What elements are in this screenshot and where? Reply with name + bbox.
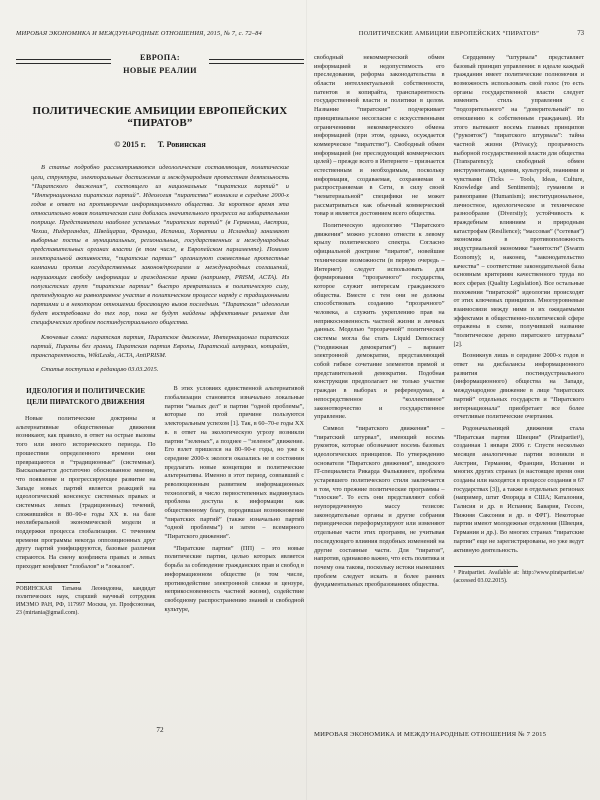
body-paragraph: Символ “пиратского движения” – “пиратски… bbox=[314, 425, 445, 590]
journal-two-page-spread: МИРОВАЯ ЭКОНОМИКА И МЕЖДУНАРОДНЫЕ ОТНОШЕ… bbox=[0, 0, 600, 800]
right-page-column-2: Сердцевину “штурвала” представляет базов… bbox=[454, 54, 585, 593]
author-affiliation-footnote: РОВИНСКАЯ Татьяна Леонидовна, кандидат п… bbox=[16, 586, 156, 618]
article-title: ПОЛИТИЧЕСКИЕ АМБИЦИИ ЕВРОПЕЙСКИХ “ПИРАТО… bbox=[16, 105, 304, 129]
rubric-rule-right bbox=[209, 59, 304, 64]
right-page-columns: свободный некоммерческий обмен информаци… bbox=[314, 54, 584, 593]
rubric-rule-left bbox=[16, 59, 111, 64]
body-paragraph: Родоначальницей движения стала “Пиратска… bbox=[454, 425, 585, 555]
author-name: Т. Ровинская bbox=[158, 140, 206, 149]
body-paragraph: “Пиратские партии” (ПП) – это новые поли… bbox=[165, 545, 305, 615]
body-paragraph: В этих условиях единственной альтернатив… bbox=[165, 385, 305, 541]
page-seam bbox=[306, 0, 307, 800]
abstract: В статье подробно рассматриваются идеоло… bbox=[31, 163, 289, 327]
body-paragraph: Политическую идеологию “Пиратского движе… bbox=[314, 222, 445, 422]
left-page-columns: ИДЕОЛОГИЯ И ПОЛИТИЧЕСКИЕ ЦЕЛИ ПИРАТСКОГО… bbox=[16, 385, 304, 618]
right-running-head: ПОЛИТИЧЕСКИЕ АМБИЦИИ ЕВРОПЕЙСКИХ “ПИРАТО… bbox=[314, 30, 584, 40]
body-paragraph: Возникнув лишь в середине 2000-х годов в… bbox=[454, 352, 585, 422]
left-page-column-1: ИДЕОЛОГИЯ И ПОЛИТИЧЕСКИЕ ЦЕЛИ ПИРАТСКОГО… bbox=[16, 385, 156, 618]
body-paragraph: свободный некоммерческий обмен информаци… bbox=[314, 54, 445, 219]
page-number-73: 73 bbox=[577, 30, 584, 37]
journal-footer: МИРОВАЯ ЭКОНОМИКА И МЕЖДУНАРОДНЫЕ ОТНОШЕ… bbox=[314, 731, 546, 738]
journal-running-head: МИРОВАЯ ЭКОНОМИКА И МЕЖДУНАРОДНЫЕ ОТНОШЕ… bbox=[16, 30, 304, 37]
body-paragraph: Новые политические доктрины и альтернати… bbox=[16, 415, 156, 571]
footnote-rule bbox=[16, 582, 80, 583]
left-page-column-2: В этих условиях единственной альтернатив… bbox=[165, 385, 305, 618]
body-paragraph: Сердцевину “штурвала” представляет базов… bbox=[454, 54, 585, 349]
keywords: Ключевые слова: пиратская партия, Пиратс… bbox=[31, 333, 289, 360]
received-date: Статья поступила в редакцию 03.03.2015. bbox=[31, 366, 289, 373]
byline: © 2015 г. Т. Ровинская bbox=[16, 140, 304, 149]
rubric-line1: ЕВРОПА: bbox=[123, 52, 197, 65]
rubric-title: ЕВРОПА: НОВЫЕ РЕАЛИИ bbox=[111, 52, 209, 77]
footnote-rule bbox=[454, 566, 518, 567]
page-72: МИРОВАЯ ЭКОНОМИКА И МЕЖДУНАРОДНЫЕ ОТНОШЕ… bbox=[16, 18, 304, 782]
section-heading: ИДЕОЛОГИЯ И ПОЛИТИЧЕСКИЕ ЦЕЛИ ПИРАТСКОГО… bbox=[22, 387, 150, 408]
reference-footnote: ¹ Piratpartiet. Available at: http://www… bbox=[454, 570, 585, 586]
rubric-line2: НОВЫЕ РЕАЛИИ bbox=[123, 65, 197, 78]
right-page-column-1: свободный некоммерческий обмен информаци… bbox=[314, 54, 445, 593]
page-number-72: 72 bbox=[16, 726, 304, 734]
page-73: ПОЛИТИЧЕСКИЕ АМБИЦИИ ЕВРОПЕЙСКИХ “ПИРАТО… bbox=[314, 18, 584, 782]
section-rubric: ЕВРОПА: НОВЫЕ РЕАЛИИ bbox=[16, 52, 304, 77]
right-running-head-title: ПОЛИТИЧЕСКИЕ АМБИЦИИ ЕВРОПЕЙСКИХ “ПИРАТО… bbox=[314, 30, 584, 37]
copyright-year: © 2015 г. bbox=[114, 140, 145, 149]
